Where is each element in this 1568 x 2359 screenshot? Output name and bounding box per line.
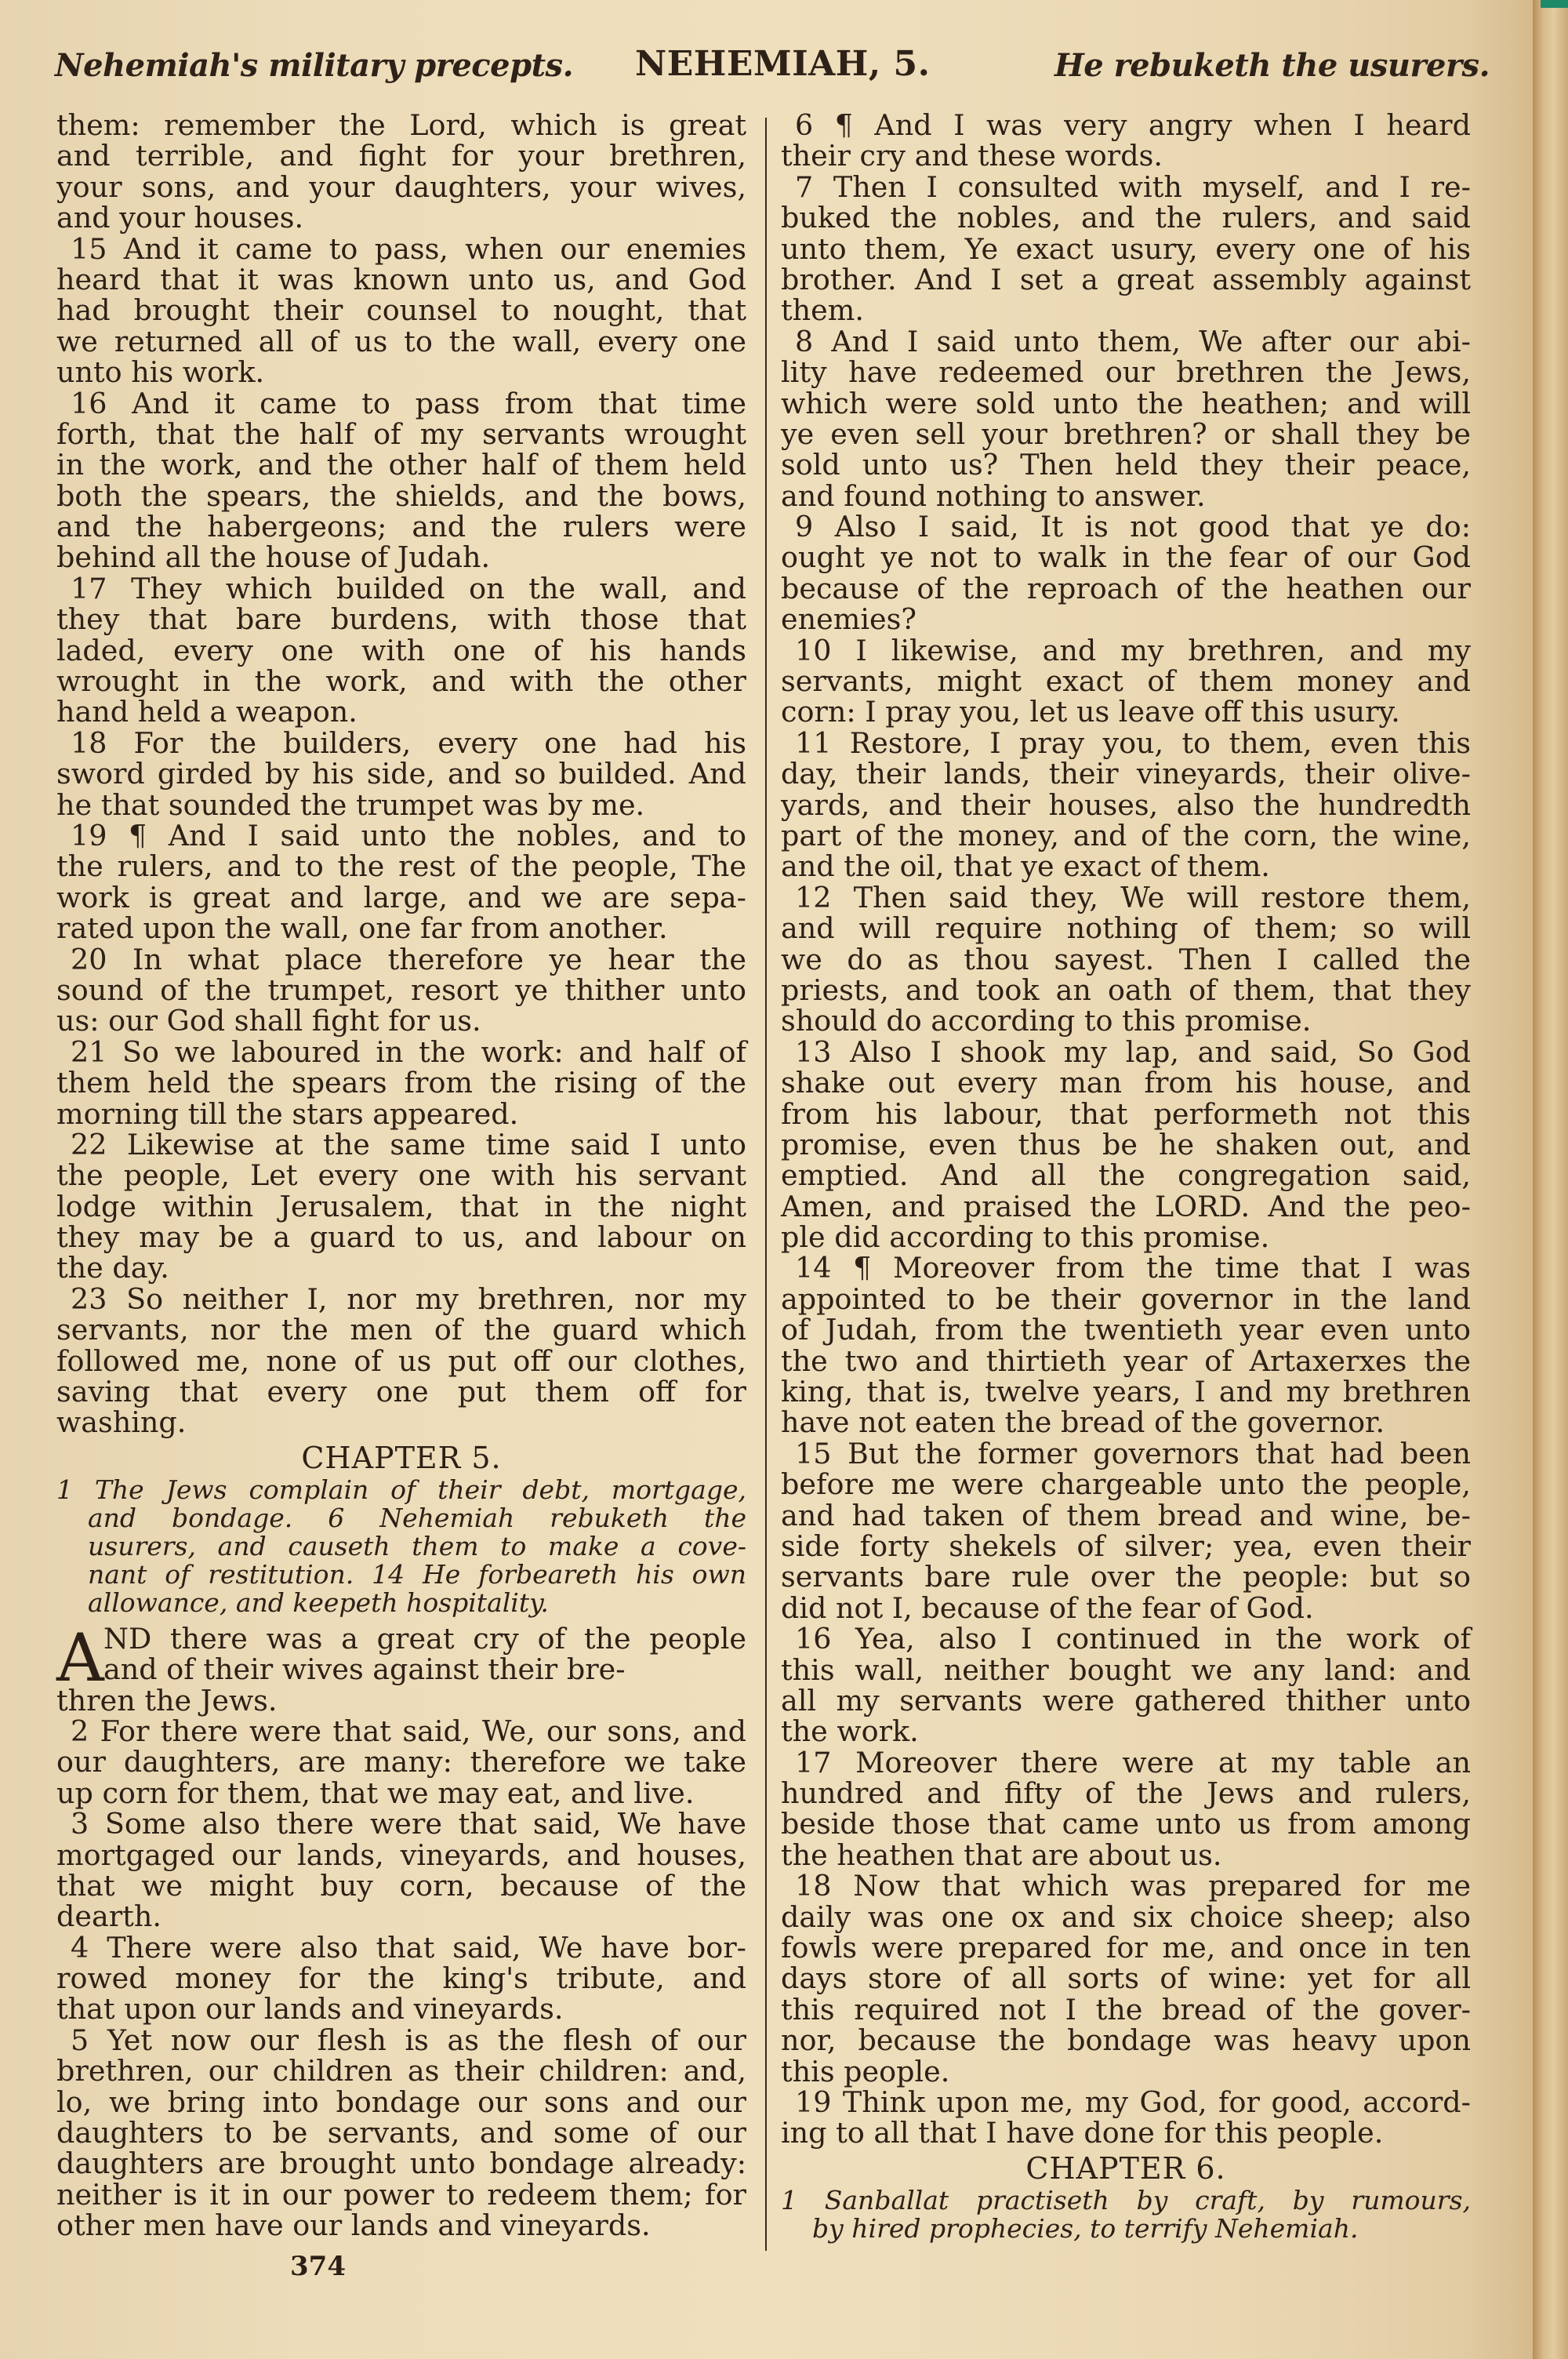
header-right-caption: He rebuketh the usurers. bbox=[1054, 47, 1490, 84]
verse-line: followed me, none of us put off our clot… bbox=[56, 1346, 746, 1376]
verse-line: side forty shekels of silver; yea, even … bbox=[781, 1531, 1471, 1561]
verse-line: thren the Jews. bbox=[56, 1685, 746, 1716]
verse-line: and your houses. bbox=[56, 202, 746, 233]
verse-line: corn: I pray you, let us leave off this … bbox=[781, 696, 1471, 727]
verse-line: 14 ¶ Moreover from the time that I was bbox=[781, 1252, 1471, 1283]
verse-line: did not I, because of the fear of God. bbox=[781, 1593, 1471, 1623]
bookmark-tab bbox=[1541, 0, 1568, 8]
chapter-5-summary: 1 The Jews complain of their debt, mortg… bbox=[56, 1476, 746, 1617]
verse-line: servants, might exact of them money and bbox=[781, 666, 1471, 696]
summary-line: 1 The Jews complain of their debt, mortg… bbox=[56, 1476, 746, 1504]
verse-line: and the oil, that ye exact of them. bbox=[781, 851, 1471, 881]
verse-line: behind all the house of Judah. bbox=[56, 542, 746, 572]
verse-line: us: our God shall fight for us. bbox=[56, 1005, 746, 1036]
chapter-6-heading: CHAPTER 6. bbox=[781, 2149, 1471, 2186]
verse-line: that upon our lands and vineyards. bbox=[56, 1994, 746, 2024]
verse-line: hundred and fifty of the Jews and rulers… bbox=[781, 1778, 1471, 1808]
verse-line: our daughters, are many: therefore we ta… bbox=[56, 1747, 746, 1777]
verse-line: 15 And it came to pass, when our enemies bbox=[56, 234, 746, 264]
verse-line: days store of all sorts of wine: yet for… bbox=[781, 1963, 1471, 1994]
summary-line: usurers, and causeth them to make a cove… bbox=[56, 1532, 746, 1561]
verse-line: other men have our lands and vineyards. bbox=[56, 2210, 746, 2241]
verse-line: 2 For there were that said, We, our sons… bbox=[56, 1716, 746, 1747]
verse-line: ought ye not to walk in the fear of our … bbox=[781, 542, 1471, 572]
verse-line: 17 They which builded on the wall, and bbox=[56, 573, 746, 604]
summary-line: by hired prophecies, to terrify Nehemiah… bbox=[781, 2215, 1471, 2243]
verse-line: brethren, our children as their children… bbox=[56, 2055, 746, 2086]
verse-line: 18 Now that which was prepared for me bbox=[781, 1870, 1471, 1901]
verse-line: 6 ¶ And I was very angry when I heard bbox=[781, 110, 1471, 140]
verse-line: 8 And I said unto them, We after our abi… bbox=[781, 326, 1471, 357]
verse-line: sound of the trumpet, resort ye thither … bbox=[56, 975, 746, 1005]
verse-line: 12 Then said they, We will restore them, bbox=[781, 882, 1471, 913]
verse-line: forth, that the half of my servants wrou… bbox=[56, 419, 746, 449]
verse-line: unto his work. bbox=[56, 357, 746, 387]
verse-line: 19 ¶ And I said unto the nobles, and to bbox=[56, 820, 746, 851]
verse-line: work is great and large, and we are sepa… bbox=[56, 882, 746, 913]
verse-line: and will require nothing of them; so wil… bbox=[781, 913, 1471, 943]
header-left-caption: Nehemiah's military precepts. bbox=[55, 47, 573, 84]
verse-line: 18 For the builders, every one had his bbox=[56, 728, 746, 758]
verse-line: your sons, and your daughters, your wive… bbox=[56, 172, 746, 202]
verse-line: had brought their counsel to nought, tha… bbox=[56, 295, 746, 325]
verse-line: laded, every one with one of his hands bbox=[56, 635, 746, 666]
verse-line: the rulers, and to the rest of the peopl… bbox=[56, 851, 746, 881]
left-verses: them: remember the Lord, which is greata… bbox=[56, 110, 746, 1438]
verse-line: 15 But the former governors that had bee… bbox=[781, 1438, 1471, 1469]
verse-line: lo, we bring into bondage our sons and o… bbox=[56, 2087, 746, 2117]
verse-line: king, that is, twelve years, I and my br… bbox=[781, 1376, 1471, 1407]
chapter-5-heading: CHAPTER 5. bbox=[56, 1438, 746, 1476]
verse-line: mortgaged our lands, vineyards, and hous… bbox=[56, 1840, 746, 1870]
chapter-5-verses: thren the Jews.2 For there were that sai… bbox=[56, 1685, 746, 2241]
verse-line: that we might buy corn, because of the bbox=[56, 1870, 746, 1901]
verse-line: priests, and took an oath of them, that … bbox=[781, 975, 1471, 1005]
verse-line: fowls were prepared for me, and once in … bbox=[781, 1932, 1471, 1963]
verse-line: 5 Yet now our flesh is as the flesh of o… bbox=[56, 2025, 746, 2055]
verse-line: wrought in the work, and with the other bbox=[56, 666, 746, 696]
verse-line: the day. bbox=[56, 1252, 746, 1283]
verse-line: beside those that came unto us from amon… bbox=[781, 1808, 1471, 1839]
verse-line: daughters are brought unto bondage alrea… bbox=[56, 2148, 746, 2179]
verse-line: all my servants were gathered thither un… bbox=[781, 1685, 1471, 1716]
verse-line: before me were chargeable unto the peopl… bbox=[781, 1469, 1471, 1499]
verse-line: 10 I likewise, and my brethren, and my bbox=[781, 635, 1471, 666]
verse-line: 21 So we laboured in the work: and half … bbox=[56, 1037, 746, 1067]
verse-line: this required not I the bread of the gov… bbox=[781, 1994, 1471, 2025]
column-divider bbox=[765, 118, 767, 2251]
verse-line: sword girded by his side, and so builded… bbox=[56, 758, 746, 789]
verse-line: dearth. bbox=[56, 1901, 746, 1932]
verse-line: because of the reproach of the heathen o… bbox=[781, 573, 1471, 604]
verse-line: rated upon the wall, one far from anothe… bbox=[56, 913, 746, 943]
verse-line: 16 And it came to pass from that time bbox=[56, 388, 746, 419]
verse-line: 19 Think upon me, my God, for good, acco… bbox=[781, 2087, 1471, 2117]
verse-line: servants, nor the men of the guard which bbox=[56, 1314, 746, 1345]
verse-line: ple did according to this promise. bbox=[781, 1222, 1471, 1252]
chapter-5-opening: A ND there was a great cry of the people… bbox=[56, 1623, 746, 1685]
verse-line: should do according to this promise. bbox=[781, 1005, 1471, 1036]
summary-line: nant of restitution. 14 He forbeareth hi… bbox=[56, 1561, 746, 1589]
verse-line: saving that every one put them off for bbox=[56, 1376, 746, 1407]
verse-line: shake out every man from his house, and bbox=[781, 1067, 1471, 1098]
verse-line: and had taken of them bread and wine, be… bbox=[781, 1500, 1471, 1531]
page-number: 374 bbox=[290, 2251, 346, 2282]
verse-line: he that sounded the trumpet was by me. bbox=[56, 790, 746, 820]
verse-line: we returned all of us to the wall, every… bbox=[56, 326, 746, 357]
verse-line: we do as thou sayest. Then I called the bbox=[781, 944, 1471, 975]
verse-line: ye even sell your brethren? or shall the… bbox=[781, 419, 1471, 449]
verse-line: daily was one ox and six choice sheep; a… bbox=[781, 1902, 1471, 1932]
summary-line: 1 Sanballat practiseth by craft, by rumo… bbox=[781, 2186, 1471, 2215]
summary-line: and bondage. 6 Nehemiah rebuketh the bbox=[56, 1504, 746, 1532]
verse-line: 4 There were also that said, We have bor… bbox=[56, 1932, 746, 1963]
verse-line: daughters to be servants, and some of ou… bbox=[56, 2117, 746, 2148]
verse-line: 3 Some also there were that said, We hav… bbox=[56, 1808, 746, 1839]
verse-line: neither is it in our power to redeem the… bbox=[56, 2179, 746, 2210]
verse-line: the heathen that are about us. bbox=[781, 1840, 1471, 1870]
verse-line: ing to all that I have done for this peo… bbox=[781, 2117, 1471, 2148]
verse-line: morning till the stars appeared. bbox=[56, 1099, 746, 1129]
verse-line: and terrible, and fight for your brethre… bbox=[56, 140, 746, 171]
verse-line: Amen, and praised the LORD. And the peo- bbox=[781, 1191, 1471, 1222]
verse-line: 7 Then I consulted with myself, and I re… bbox=[781, 172, 1471, 202]
verse-line: washing. bbox=[56, 1407, 746, 1438]
verse-line: ND there was a great cry of the people bbox=[56, 1623, 746, 1654]
verse-line: sold unto us? Then held they their peace… bbox=[781, 449, 1471, 480]
verse-line: appointed to be their governor in the la… bbox=[781, 1284, 1471, 1314]
verse-line: this people. bbox=[781, 2056, 1471, 2087]
verse-line: in the work, and the other half of them … bbox=[56, 449, 746, 480]
verse-line: 22 Likewise at the same time said I unto bbox=[56, 1129, 746, 1160]
verse-line: part of the money, and of the corn, the … bbox=[781, 820, 1471, 851]
running-header: Nehemiah's military precepts. NEHEMIAH, … bbox=[55, 41, 1490, 88]
verse-line: and the habergeons; and the rulers were bbox=[56, 511, 746, 542]
verse-line: and of their wives against their bre- bbox=[56, 1654, 746, 1685]
verse-line: the people, Let every one with his serva… bbox=[56, 1160, 746, 1190]
verse-line: this wall, neither bought we any land: a… bbox=[781, 1655, 1471, 1685]
verse-line: up corn for them, that we may eat, and l… bbox=[56, 1778, 746, 1808]
verse-line: both the spears, the shields, and the bo… bbox=[56, 481, 746, 511]
verse-line: unto them, Ye exact usury, every one of … bbox=[781, 234, 1471, 264]
verse-line: 9 Also I said, It is not good that ye do… bbox=[781, 511, 1471, 542]
verse-line: have not eaten the bread of the governor… bbox=[781, 1407, 1471, 1438]
drop-cap: A bbox=[56, 1627, 104, 1689]
right-verses: 6 ¶ And I was very angry when I heardthe… bbox=[781, 110, 1471, 2149]
verse-line: the work. bbox=[781, 1716, 1471, 1747]
verse-line: nor, because the bondage was heavy upon bbox=[781, 2025, 1471, 2055]
verse-line: brother. And I set a great assembly agai… bbox=[781, 264, 1471, 295]
left-column: them: remember the Lord, which is greata… bbox=[56, 110, 746, 2241]
verse-line: hand held a weapon. bbox=[56, 696, 746, 727]
verse-line: 17 Moreover there were at my table an bbox=[781, 1747, 1471, 1778]
verse-line: them. bbox=[781, 295, 1471, 325]
verse-line: 13 Also I shook my lap, and said, So God bbox=[781, 1037, 1471, 1067]
verse-line: 16 Yea, also I continued in the work of bbox=[781, 1623, 1471, 1654]
verse-line: 11 Restore, I pray you, to them, even th… bbox=[781, 728, 1471, 758]
verse-line: emptied. And all the congregation said, bbox=[781, 1160, 1471, 1190]
verse-line: the two and thirtieth year of Artaxerxes… bbox=[781, 1346, 1471, 1376]
verse-line: lity have redeemed our brethren the Jews… bbox=[781, 357, 1471, 387]
verse-line: from his labour, that performeth not thi… bbox=[781, 1099, 1471, 1129]
verse-line: they that bare burdens, with those that bbox=[56, 604, 746, 634]
verse-line: them held the spears from the rising of … bbox=[56, 1067, 746, 1098]
verse-line: which were sold unto the heathen; and wi… bbox=[781, 388, 1471, 419]
right-column: 6 ¶ And I was very angry when I heardthe… bbox=[781, 110, 1471, 2243]
verse-line: servants bare rule over the people: but … bbox=[781, 1561, 1471, 1592]
verse-line: 20 In what place therefore ye hear the bbox=[56, 944, 746, 975]
verse-line: enemies? bbox=[781, 604, 1471, 634]
summary-line: allowance, and keepeth hospitality. bbox=[56, 1589, 746, 1617]
verse-line: them: remember the Lord, which is great bbox=[56, 110, 746, 140]
book-chapter-title: NEHEMIAH, 5. bbox=[635, 44, 930, 84]
page-edge bbox=[1533, 0, 1568, 2359]
verse-line: lodge within Jerusalem, that in the nigh… bbox=[56, 1191, 746, 1222]
chapter-6-summary: 1 Sanballat practiseth by craft, by rumo… bbox=[781, 2186, 1471, 2243]
verse-line: day, their lands, their vineyards, their… bbox=[781, 758, 1471, 789]
verse-line: heard that it was known unto us, and God bbox=[56, 264, 746, 295]
verse-line: promise, even thus be he shaken out, and bbox=[781, 1129, 1471, 1160]
verse-line: rowed money for the king's tribute, and bbox=[56, 1963, 746, 1994]
verse-line: they may be a guard to us, and labour on bbox=[56, 1222, 746, 1252]
verse-line: buked the nobles, and the rulers, and sa… bbox=[781, 202, 1471, 233]
verse-line: of Judah, from the twentieth year even u… bbox=[781, 1314, 1471, 1345]
verse-line: their cry and these words. bbox=[781, 140, 1471, 171]
verse-line: and found nothing to answer. bbox=[781, 481, 1471, 511]
verse-line: yards, and their houses, also the hundre… bbox=[781, 790, 1471, 820]
verse-line: 23 So neither I, nor my brethren, nor my bbox=[56, 1284, 746, 1314]
